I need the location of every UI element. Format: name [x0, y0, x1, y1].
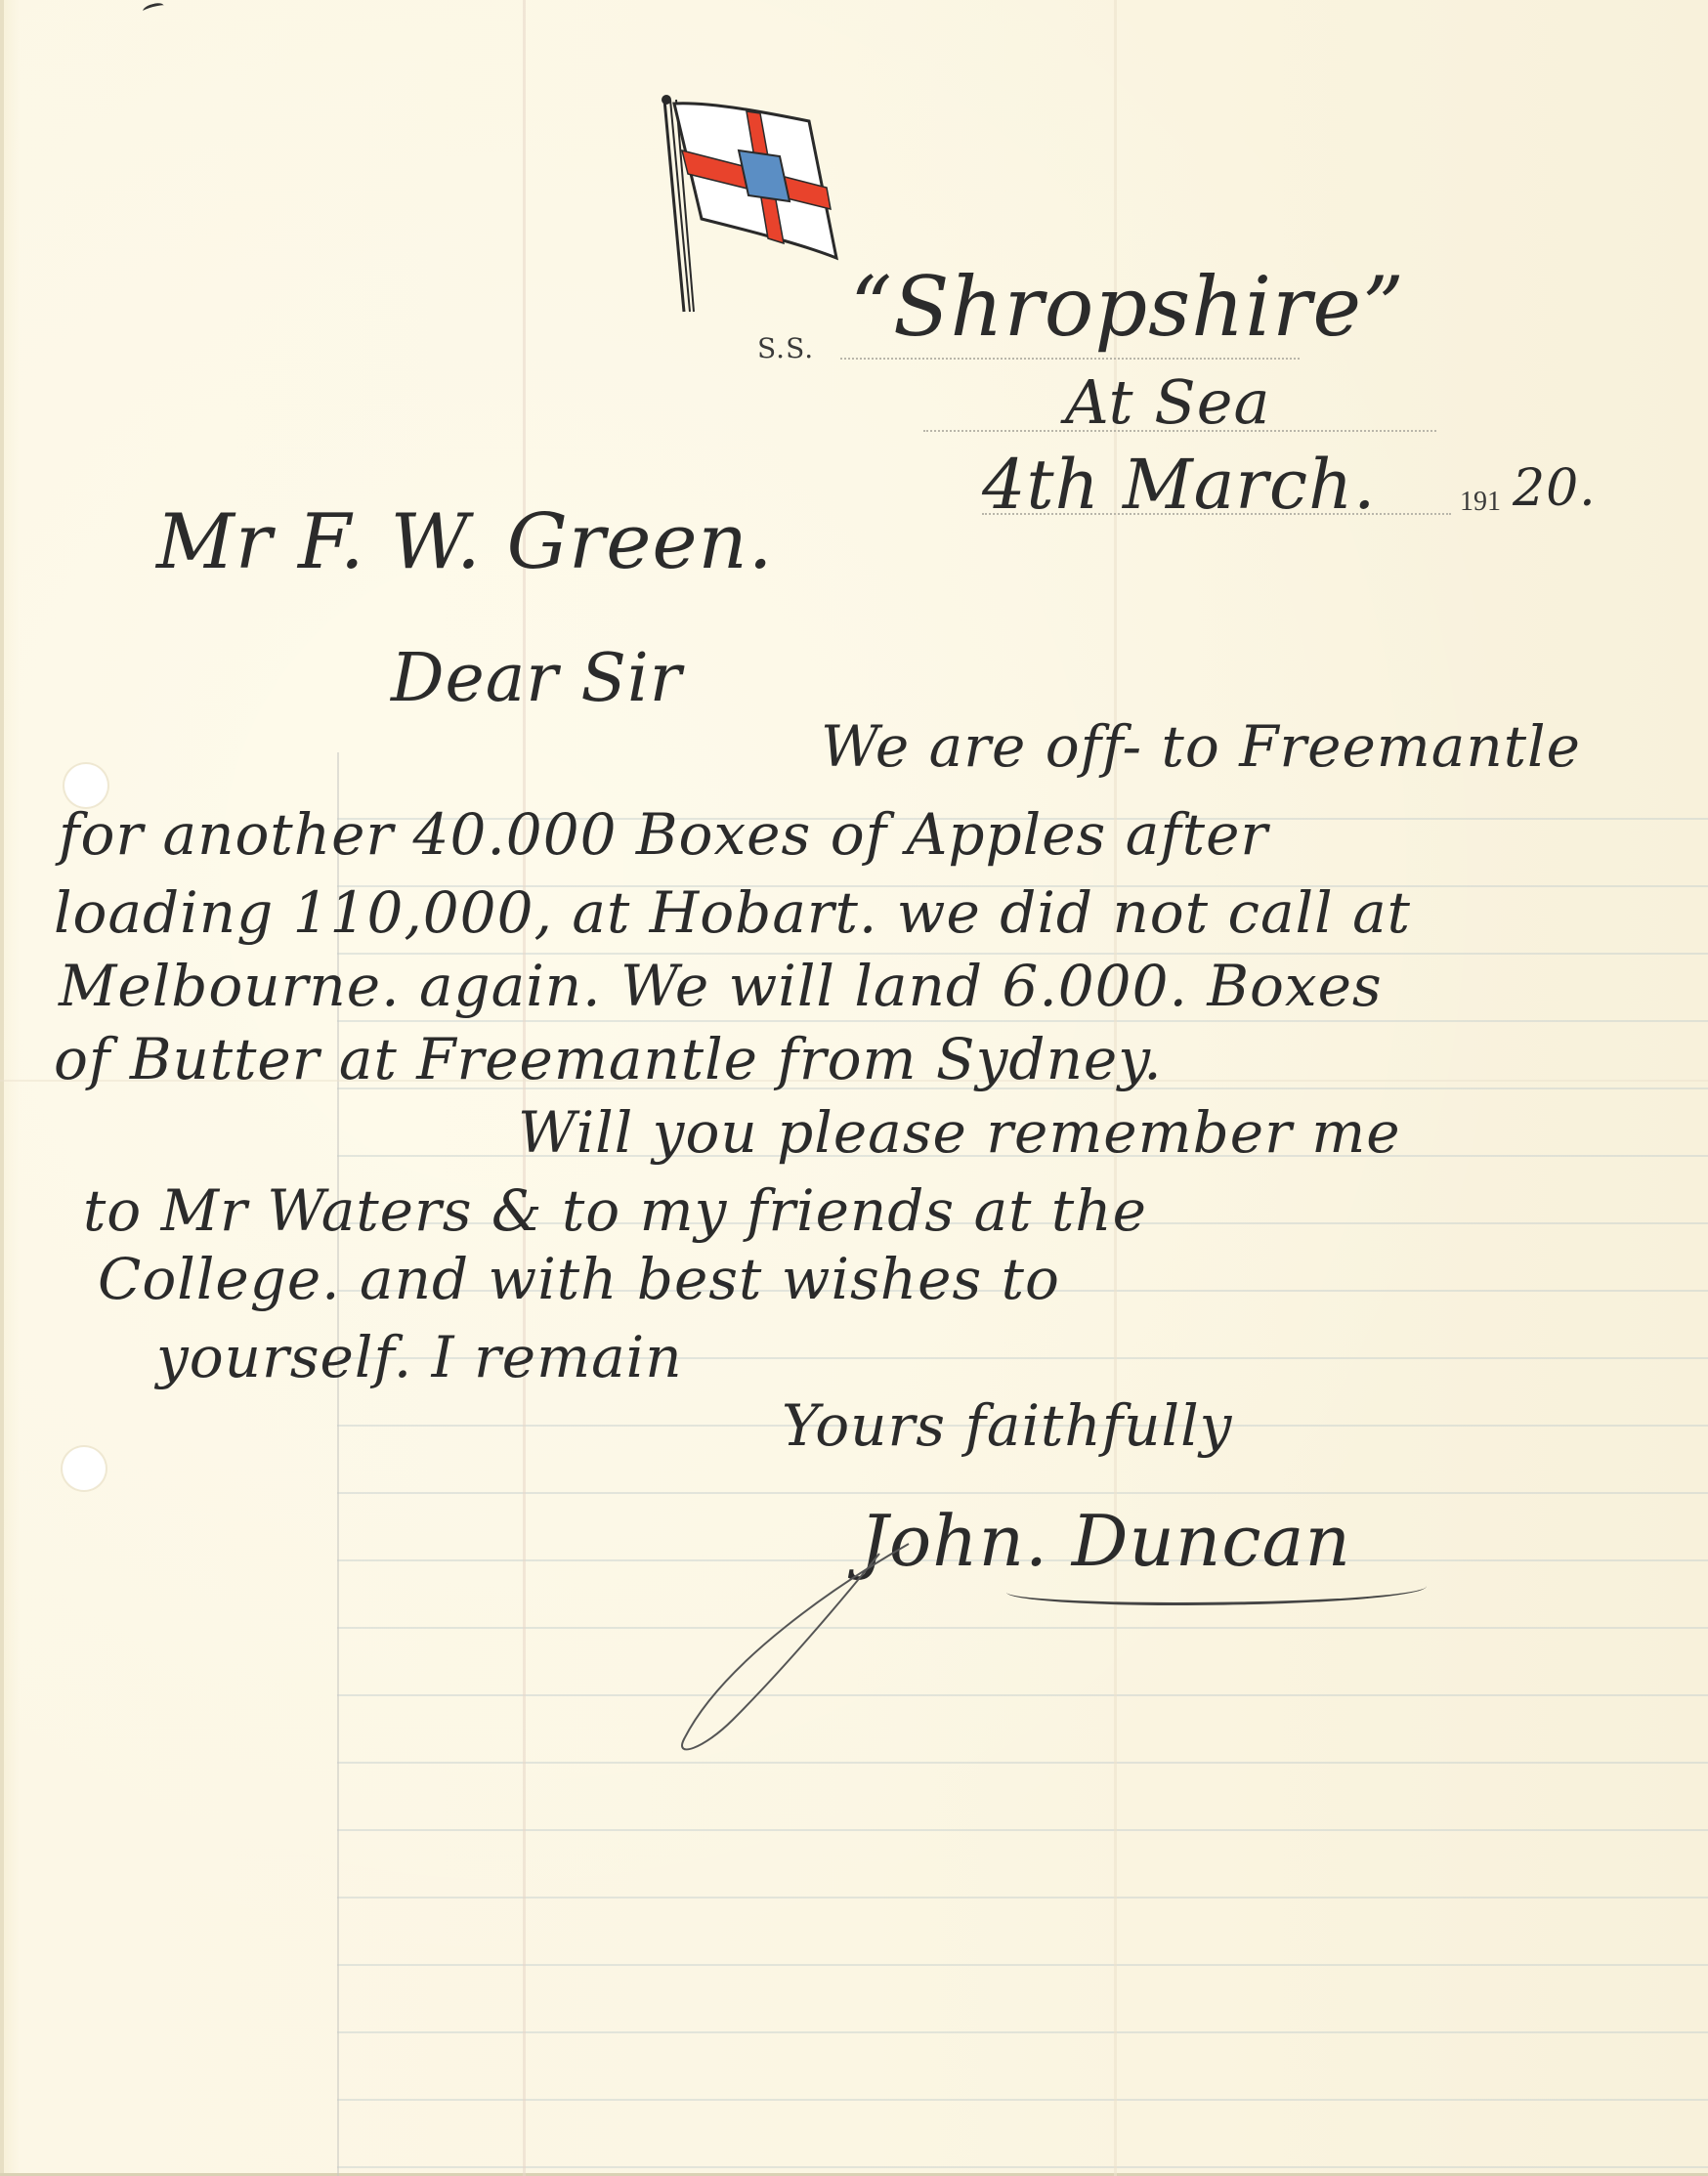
body-line: Will you please remember me — [518, 1099, 1401, 1166]
year-printed: 191 — [1460, 487, 1501, 518]
body-line: to Mr Waters & to my friends at the — [83, 1177, 1147, 1244]
addressee: Mr F. W. Green. — [156, 498, 774, 586]
paper-edge — [0, 0, 4, 2176]
punch-hole — [63, 1447, 106, 1490]
closing: Yours faithfully — [782, 1392, 1232, 1459]
ship-prefix: S.S. — [757, 332, 814, 364]
ship-name: “Shropshire” — [850, 259, 1405, 355]
date-day-month: 4th March. — [982, 445, 1376, 525]
salutation: Dear Sir — [391, 640, 682, 717]
signature: John. Duncan — [860, 1500, 1351, 1582]
letter-page: S.S. “Shropshire” At Sea 4th March. 191 … — [0, 0, 1708, 2176]
signature-loop — [664, 1524, 918, 1759]
pencil-mark — [142, 1, 165, 15]
ship-name-line — [840, 358, 1300, 360]
body-line: We are off- to Freemantle — [821, 713, 1581, 780]
location: At Sea — [1065, 366, 1270, 438]
year-handwritten: 20. — [1513, 459, 1597, 518]
house-flag-icon — [653, 92, 877, 317]
body-line: yourself. I remain — [156, 1324, 683, 1390]
body-line: of Butter at Freemantle from Sydney. — [54, 1026, 1163, 1092]
body-line: Melbourne. again. We will land 6.000. Bo… — [59, 953, 1383, 1019]
body-line: College. and with best wishes to — [98, 1246, 1060, 1312]
body-line: for another 40.000 Boxes of Apples after — [59, 801, 1268, 868]
body-line: loading 110,000, at Hobart. we did not c… — [54, 879, 1411, 946]
